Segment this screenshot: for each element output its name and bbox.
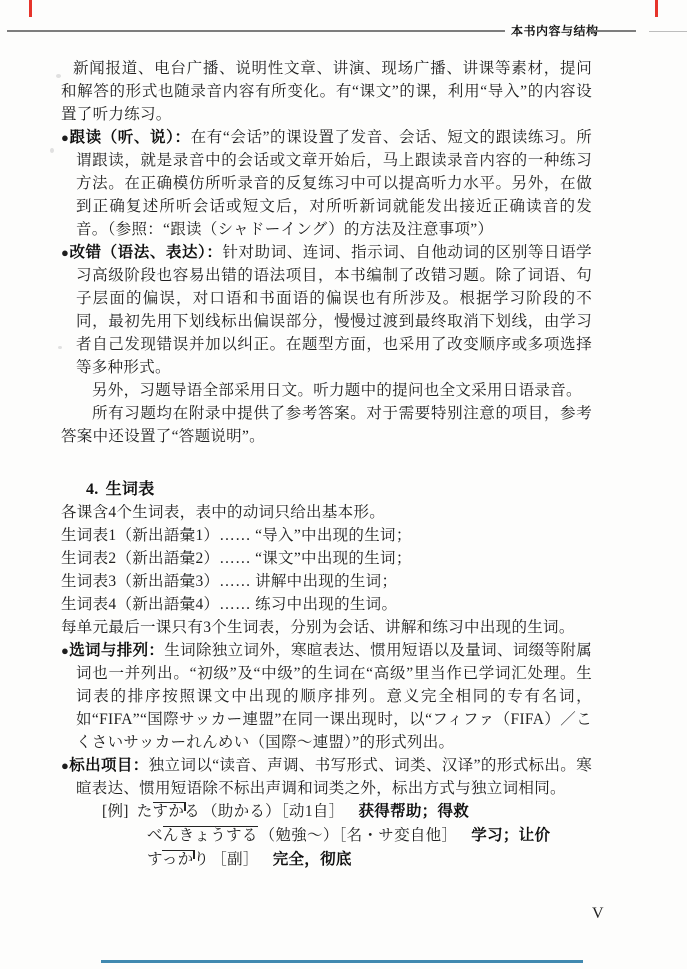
word-meaning: 完全，彻底 [273,851,352,868]
scan-speck [58,346,62,349]
word-info: （助かる）［动1自］ [202,803,345,820]
example-row-tasukaru: [例]たすかる（助かる）［动1自］获得帮助；得救 [102,800,592,824]
bullet-shadowing: 跟读（听、说）：在有“会话”的课设置了发音、会话、短文的跟读练习。所谓跟读，就是… [61,126,592,241]
word-meaning: 获得帮助；得救 [358,803,469,820]
page-number: V [592,905,604,923]
japanese-word: たすかる [137,802,200,820]
example-row-benkyousuru: べんきょうする（勉強～）［名・サ変自他］学习；让价 [147,824,592,848]
accent-pre: た [137,803,153,820]
vocab-list-line-2: 生词表2（新出語彙2）…… “课文”中出现的生词； [61,547,592,570]
section-number: 4. [86,481,99,498]
bullet-marked-items-label: 标出项目： [69,757,148,774]
running-head: 本书内容与结构 [511,22,589,39]
accent-high-segment: っか [162,850,194,868]
accent-high-segment: んきょうする [163,826,258,844]
section-title: 生词表 [106,481,155,498]
word-info: ［副］ [211,851,258,868]
book-page: 本书内容与结构 新闻报道、电台广播、说明性文章、讲演、现场广播、讲课等素材，提问… [0,0,687,969]
paragraph-listening-materials: 新闻报道、电台广播、说明性文章、讲演、现场广播、讲课等素材，提问和解答的形式也随… [61,57,592,126]
example-label: [例] [102,803,129,820]
header-rule-dash [589,30,636,32]
header-rule-faint [649,31,687,32]
vocab-list-line-1: 生词表1（新出語彙1）…… “导入”中出现的生词； [61,524,592,547]
red-registration-mark-left [29,0,32,17]
accent-high-segment: すか [153,802,185,820]
accent-pre: べ [147,827,163,844]
vocab-list-line-4: 生词表4（新出語彙4）…… 练习中出现的生词。 [61,593,592,616]
paragraph-answer-keys: 所有习题均在附录中提供了参考答案。对于需要特别注意的项目，参考答案中还设置了“答… [61,402,592,448]
header-rule-left [7,30,505,32]
bullet-marked-items-body: 独立词以“读音、声调、书写形式、词类、汉译”的形式标出。寒暄表达、惯用短语除不标… [76,757,592,797]
bullet-error-correction: 改错（语法、表达）：针对助词、连词、指示词、自他动词的区别等日语学习高级阶段也容… [61,241,592,379]
word-meaning: 学习；让价 [471,827,550,844]
bullet-marked-items: 标出项目：独立词以“读音、声调、书写形式、词类、汉译”的形式标出。寒暄表达、惯用… [61,754,592,800]
section-heading-vocabulary: 4.生词表 [86,478,592,501]
example-row-sukkari: すっかり［副］完全，彻底 [147,848,592,872]
scan-speck [50,148,54,153]
japanese-word: べんきょうする [147,826,258,844]
accent-post: る [184,803,200,820]
paragraph-unit-last-lesson: 每单元最后一课只有3个生词表，分别为会话、讲解和练习中出现的生词。 [61,616,592,639]
scan-speck [56,74,61,78]
bullet-word-selection: 选词与排列：生词除独立词外，寒暄表达、惯用短语以及量词、词缀等附属词也一并列出。… [61,639,592,754]
bullet-word-selection-label: 选词与排列： [69,642,164,659]
page-body: 新闻报道、电台广播、说明性文章、讲演、现场广播、讲课等素材，提问和解答的形式也随… [61,57,592,872]
bullet-error-correction-body: 针对助词、连词、指示词、自他动词的区别等日语学习高级阶段也容易出错的语法项目，本… [76,244,592,376]
accent-post: り [193,851,209,868]
paragraph-japanese-instructions: 另外，习题导语全部采用日文。听力题中的提问也全文采用日语录音。 [61,379,592,402]
footer-blue-rule [101,960,583,963]
accent-pre: す [147,851,162,868]
word-info: （勉強～）［名・サ変自他］ [260,827,458,844]
bullet-error-correction-label: 改错（语法、表达）： [69,244,222,261]
vocab-list-line-3: 生词表3（新出語彙3）…… 讲解中出现的生词； [61,570,592,593]
bullet-shadowing-label: 跟读（听、说）： [69,129,190,146]
paragraph-vocab-intro: 各课含4个生词表，表中的动词只给出基本形。 [61,501,592,524]
japanese-word: すっかり [147,850,209,868]
red-registration-mark-right [655,0,658,17]
